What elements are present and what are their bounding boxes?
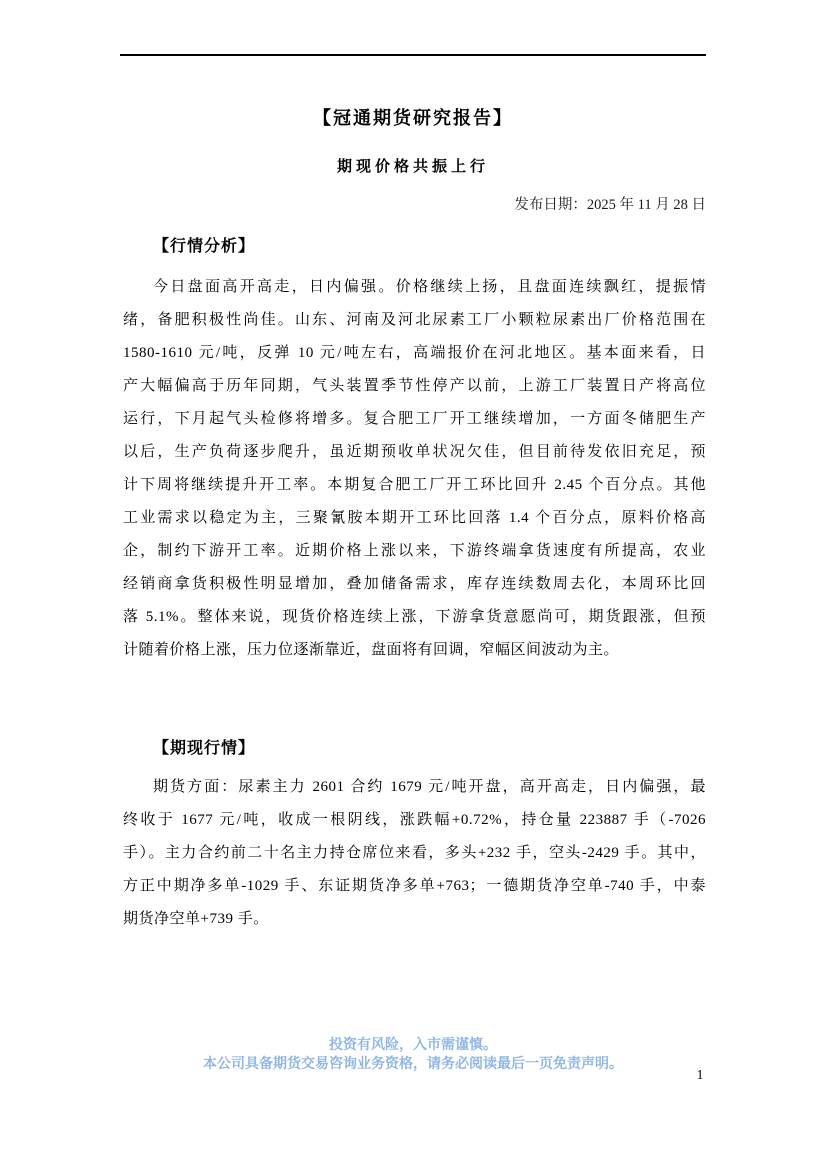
report-page: 【冠通期货研究报告】 期现价格共振上行 发布日期：2025 年 11 月 28 …	[0, 0, 826, 1169]
paragraph-line: 手）。主力合约前二十名主力持仓席位来看，多头+232 手，空头-2429 手。其…	[123, 837, 706, 870]
market-analysis-paragraph: 今日盘面高开高走，日内偏强。价格继续上扬，且盘面连续飘红，提振情 绪，备肥积极性…	[123, 271, 706, 667]
paragraph-line: 今日盘面高开高走，日内偏强。价格继续上扬，且盘面连续飘红，提振情	[123, 271, 706, 304]
section-heading-futures-spot: 【期现行情】	[153, 735, 255, 758]
paragraph-line: 方正中期净多单-1029 手、东证期货净多单+763；一德期货净空单-740 手…	[123, 870, 706, 903]
paragraph-line: 以后，生产负荷逐步爬升，虽近期预收单状况欠佳，但目前待发依旧充足，预	[123, 436, 706, 469]
paragraph-line: 工业需求以稳定为主，三聚氰胺本期开工环比回落 1.4 个百分点，原料价格高	[123, 502, 706, 535]
section-heading-market-analysis: 【行情分析】	[153, 233, 255, 256]
paragraph-line: 期货方面：尿素主力 2601 合约 1679 元/吨开盘，高开高走，日内偏强，最	[123, 771, 706, 804]
publish-date: 发布日期：2025 年 11 月 28 日	[514, 193, 706, 214]
paragraph-line: 计下周将继续提升开工率。本期复合肥工厂开工环比回升 2.45 个百分点。其他	[123, 469, 706, 502]
paragraph-line: 终收于 1677 元/吨，收成一根阴线，涨跌幅+0.72%，持仓量 223887…	[123, 804, 706, 837]
paragraph-line: 1580-1610 元/吨，反弹 10 元/吨左右，高端报价在河北地区。基本面来…	[123, 337, 706, 370]
paragraph-line: 期货净空单+739 手。	[123, 903, 706, 936]
page-title: 期现价格共振上行	[0, 155, 826, 176]
header-rule	[120, 54, 706, 56]
paragraph-line: 落 5.1%。整体来说，现货价格连续上涨，下游拿货意愿尚可，期货跟涨，但预	[123, 601, 706, 634]
paragraph-line: 运行，下月起气头检修将增多。复合肥工厂开工继续增加，一方面冬储肥生产	[123, 403, 706, 436]
page-number: 1	[690, 1067, 710, 1083]
paragraph-line: 经销商拿货积极性明显增加，叠加储备需求，库存连续数周去化，本周环比回	[123, 568, 706, 601]
futures-spot-paragraph: 期货方面：尿素主力 2601 合约 1679 元/吨开盘，高开高走，日内偏强，最…	[123, 771, 706, 936]
paragraph-line: 产大幅偏高于历年同期，气头装置季节性停产以前，上游工厂装置日产将高位	[123, 370, 706, 403]
paragraph-line: 绪，备肥积极性尚佳。山东、河南及河北尿素工厂小颗粒尿素出厂价格范围在	[123, 304, 706, 337]
report-series-title: 【冠通期货研究报告】	[0, 104, 826, 130]
footer-risk-notice: 投资有风险，入市需谨慎。	[0, 1034, 826, 1054]
paragraph-line: 计随着价格上涨，压力位逐渐靠近，盘面将有回调，窄幅区间波动为主。	[123, 634, 706, 667]
paragraph-line: 企，制约下游开工率。近期价格上涨以来，下游终端拿货速度有所提高，农业	[123, 535, 706, 568]
